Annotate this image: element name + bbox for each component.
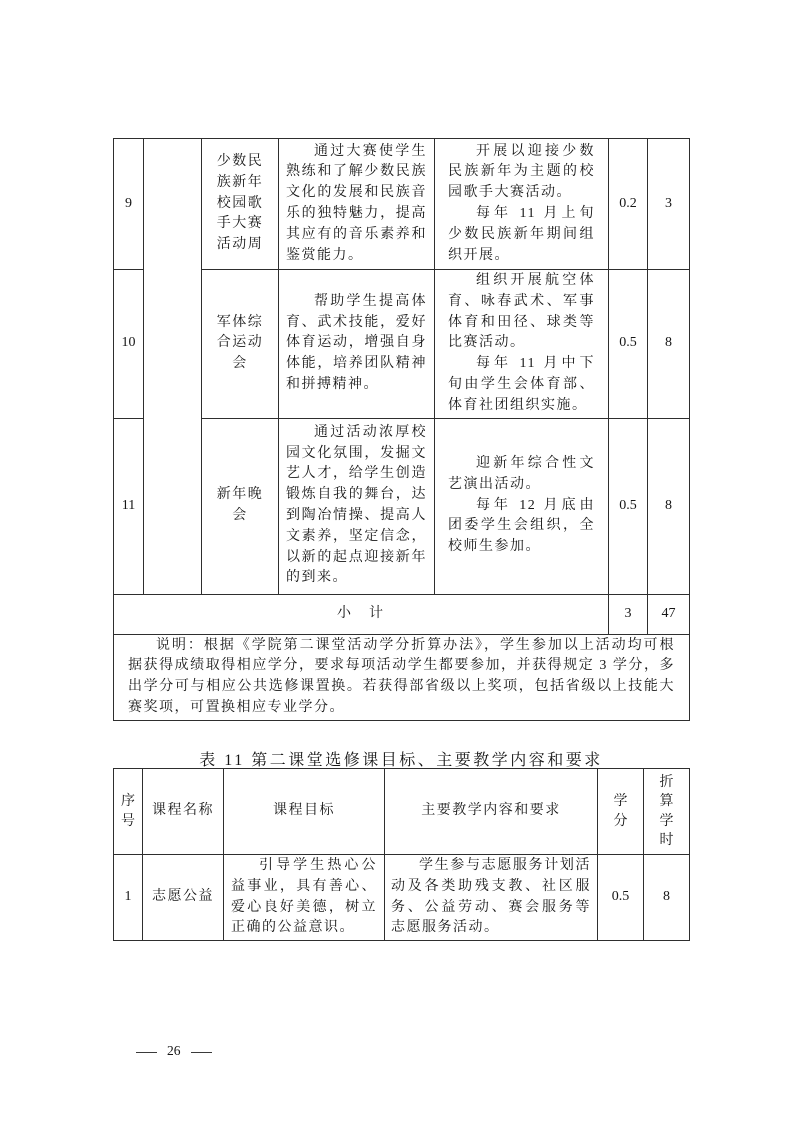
page-number: 26 [167, 1043, 181, 1059]
activity-content: 组织开展航空体育、咏春武术、军事体育和田径、球类等比赛活动。 每年 11 月中下… [435, 270, 609, 419]
footer-dash-right [191, 1052, 212, 1053]
activity-no: 11 [114, 418, 144, 594]
credit-value: 0.5 [609, 270, 648, 419]
activity-goal: 帮助学生提高体育、武术技能，爱好体育运动，增强自身体能，培养团队精神和拼搏精神。 [279, 270, 435, 419]
course-goal: 引导学生热心公益事业，具有善心、爱心良好美德，树立正确的公益意识。 [224, 855, 385, 941]
header-content: 主要教学内容和要求 [385, 769, 598, 855]
table-row: 9 少数民族新年校园歌手大赛活动周 通过大赛使学生熟练和了解少数民族文化的发展和… [114, 139, 690, 270]
goal-paragraph: 通过活动浓厚校园文化氛围，发掘文艺人才，给学生创造锻炼自我的舞台，达到陶冶情操、… [286, 423, 427, 589]
goal-paragraph: 引导学生热心公益事业，具有善心、爱心良好美德，树立正确的公益意识。 [231, 856, 377, 939]
header-credit: 学分 [598, 769, 644, 855]
table11-caption: 表 11 第二课堂选修课目标、主要教学内容和要求 [113, 747, 689, 770]
note-row: 说明：根据《学院第二课堂活动学分折算办法》，学生参加以上活动均可根据获得成绩取得… [114, 634, 690, 720]
header-hours: 折算学时 [644, 769, 690, 855]
header-hours-label: 折算学时 [659, 773, 674, 851]
note-paragraph: 说明：根据《学院第二课堂活动学分折算办法》，学生参加以上活动均可根据获得成绩取得… [128, 636, 675, 719]
note-cell: 说明：根据《学院第二课堂活动学分折算办法》，学生参加以上活动均可根据获得成绩取得… [114, 634, 690, 720]
content-paragraph: 迎新年综合性文艺演出活动。 [448, 454, 595, 496]
activity-no: 9 [114, 139, 144, 270]
credit-value: 0.2 [609, 139, 648, 270]
goal-paragraph: 通过大赛使学生熟练和了解少数民族文化的发展和民族音乐的独特魅力，提高其应有的音乐… [286, 142, 427, 267]
content-paragraph: 学生参与志愿服务计划活动及各类助残支教、社区服务、公益劳动、赛会服务等志愿服务活… [391, 856, 591, 939]
header-credit-label: 学分 [613, 792, 628, 831]
header-no-label: 序号 [121, 792, 136, 831]
hours-value: 3 [648, 139, 690, 270]
header-no: 序号 [114, 769, 143, 855]
activity-content: 迎新年综合性文艺演出活动。 每年 12 月底由团委学生会组织，全校师生参加。 [435, 418, 609, 594]
hours-value: 8 [648, 270, 690, 419]
subtotal-row: 小 计 3 47 [114, 594, 690, 634]
course-no: 1 [114, 855, 143, 941]
subtotal-label: 小 计 [114, 594, 609, 634]
activity-name: 军体综合运动会 [202, 270, 279, 419]
header-row: 序号 课程名称 课程目标 主要教学内容和要求 学分 折算学时 [114, 769, 690, 855]
subtotal-credit: 3 [609, 594, 648, 634]
credit-value: 0.5 [598, 855, 644, 941]
course-name: 志愿公益 [143, 855, 224, 941]
page-footer: 26 [126, 1044, 222, 1060]
document-page: 9 少数民族新年校园歌手大赛活动周 通过大赛使学生熟练和了解少数民族文化的发展和… [0, 0, 793, 1122]
activity-credits-table: 9 少数民族新年校园歌手大赛活动周 通过大赛使学生熟练和了解少数民族文化的发展和… [113, 138, 690, 721]
credit-value: 0.5 [609, 418, 648, 594]
content-paragraph: 每年 12 月底由团委学生会组织，全校师生参加。 [448, 496, 595, 558]
activity-goal: 通过大赛使学生熟练和了解少数民族文化的发展和民族音乐的独特魅力，提高其应有的音乐… [279, 139, 435, 270]
activity-category-merged-cell [144, 139, 202, 595]
hours-value: 8 [644, 855, 690, 941]
table-row: 1 志愿公益 引导学生热心公益事业，具有善心、爱心良好美德，树立正确的公益意识。… [114, 855, 690, 941]
subtotal-hours: 47 [648, 594, 690, 634]
activity-no: 10 [114, 270, 144, 419]
content-paragraph: 每年 11 月中下旬由学生会体育部、体育社团组织实施。 [448, 354, 595, 416]
activity-content: 开展以迎接少数民族新年为主题的校园歌手大赛活动。 每年 11 月上旬少数民族新年… [435, 139, 609, 270]
hours-value: 8 [648, 418, 690, 594]
course-content: 学生参与志愿服务计划活动及各类助残支教、社区服务、公益劳动、赛会服务等志愿服务活… [385, 855, 598, 941]
header-course-name: 课程名称 [143, 769, 224, 855]
activity-name: 新年晚会 [202, 418, 279, 594]
elective-course-table: 序号 课程名称 课程目标 主要教学内容和要求 学分 折算学时 1 志愿公益 引导… [113, 768, 690, 941]
content-paragraph: 开展以迎接少数民族新年为主题的校园歌手大赛活动。 [448, 142, 595, 204]
header-course-goal: 课程目标 [224, 769, 385, 855]
footer-dash-left [136, 1052, 157, 1053]
goal-paragraph: 帮助学生提高体育、武术技能，爱好体育运动，增强自身体能，培养团队精神和拼搏精神。 [286, 292, 427, 396]
content-paragraph: 组织开展航空体育、咏春武术、军事体育和田径、球类等比赛活动。 [448, 271, 595, 354]
activity-goal: 通过活动浓厚校园文化氛围，发掘文艺人才，给学生创造锻炼自我的舞台，达到陶冶情操、… [279, 418, 435, 594]
activity-name: 少数民族新年校园歌手大赛活动周 [202, 139, 279, 270]
content-paragraph: 每年 11 月上旬少数民族新年期间组织开展。 [448, 204, 595, 266]
